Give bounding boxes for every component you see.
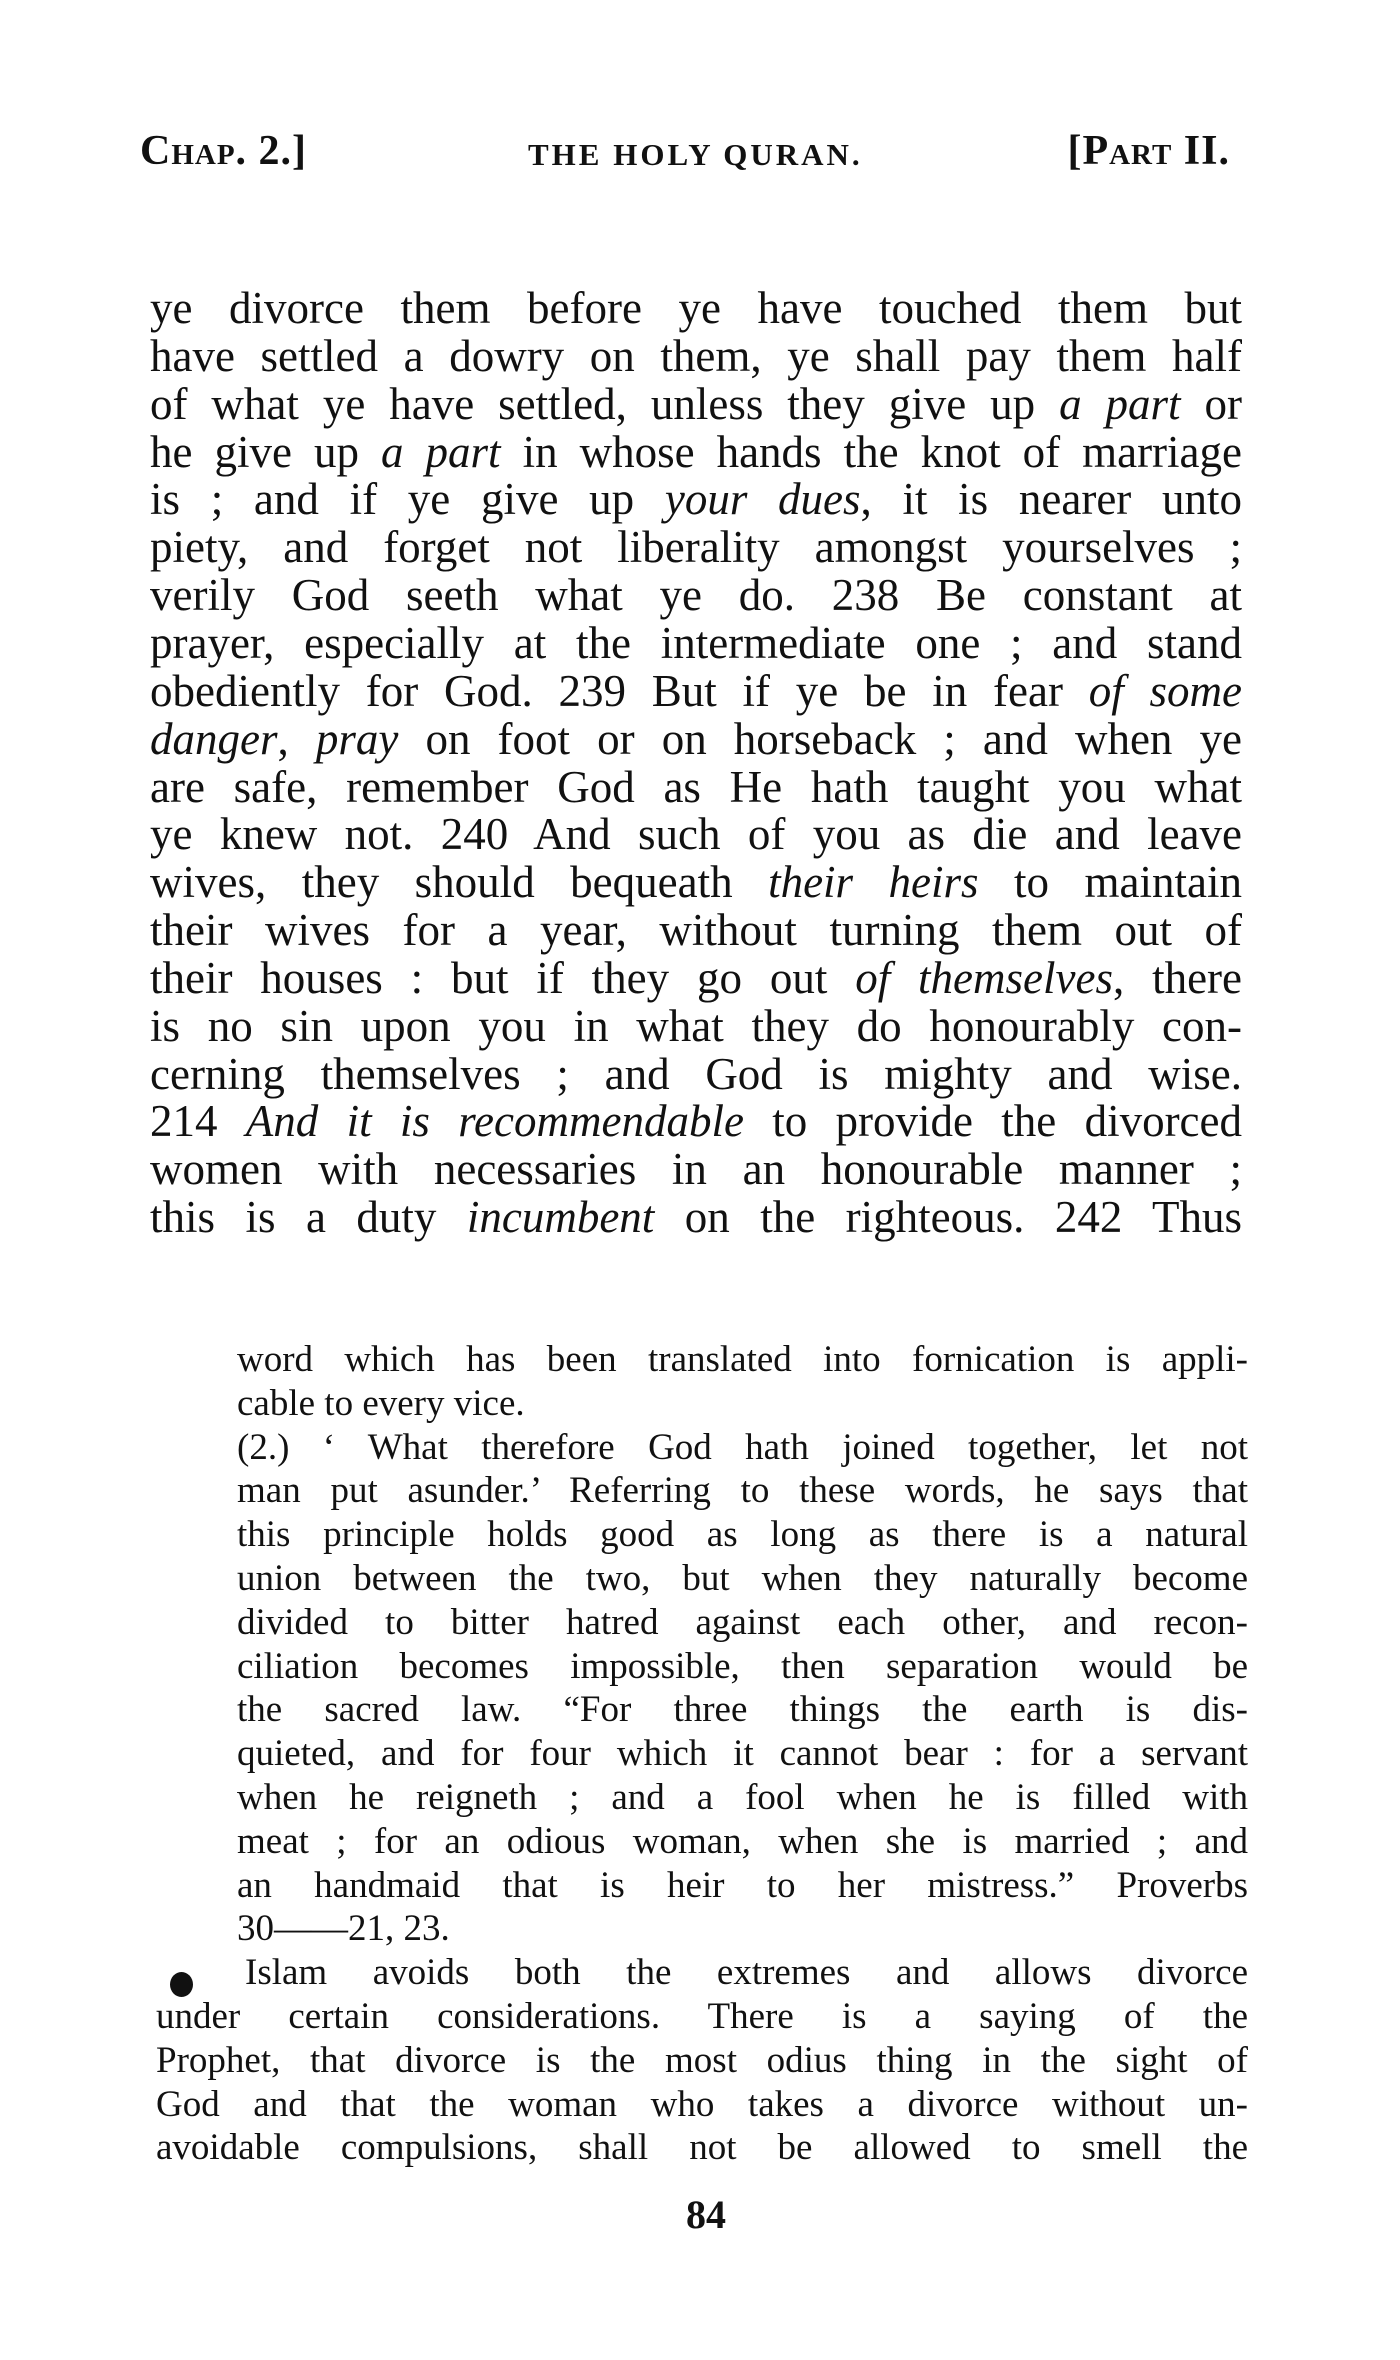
- text-segment: are safe, remember God as He hath taught…: [150, 762, 1242, 812]
- text-segment: is no sin upon you in what they do honou…: [150, 1001, 1242, 1051]
- text-segment: their houses : but if they go out: [150, 953, 855, 1003]
- footnote-line: when he reigneth ; and a fool when he is…: [237, 1776, 1248, 1820]
- page-number: 84: [600, 2192, 812, 2238]
- footnote-line: word which has been translated into forn…: [237, 1338, 1248, 1382]
- text-segment: to provide the divorced: [744, 1096, 1242, 1146]
- text-segment: of what ye have settled, unless they giv…: [150, 379, 1059, 429]
- text-segment: in whose hands the knot of marriage: [501, 427, 1242, 477]
- footnote-line: meat ; for an odious woman, when she is …: [237, 1820, 1248, 1864]
- text-segment: women with necessaries in an honourable …: [150, 1144, 1242, 1194]
- text-segment: have settled a dowry on them, ye shall p…: [150, 331, 1242, 381]
- text-segment: ,: [278, 714, 316, 764]
- footnote-line: Islam avoids both the extremes and allow…: [245, 1951, 1248, 1995]
- footnote-line: (2.) ‘ What therefore God hath joined to…: [237, 1426, 1248, 1470]
- bullet-mark-icon: [170, 1972, 193, 1997]
- footnote-line: an handmaid that is heir to her mistress…: [237, 1864, 1248, 1908]
- body-text-line: he give up a part in whose hands the kno…: [150, 428, 1242, 476]
- book-title: THE HOLY QURAN.: [528, 132, 863, 178]
- text-segment: is ; and if ye give up: [150, 474, 665, 524]
- body-text-line: their wives for a year, without turning …: [150, 906, 1242, 954]
- text-segment: on the righteous. 242 Thus: [654, 1192, 1242, 1242]
- footnote-line: 30——21, 23.: [237, 1907, 1248, 1951]
- body-text-line: wives, they should bequeath their heirs …: [150, 858, 1242, 906]
- footnote-line: man put asunder.’ Referring to these wor…: [237, 1469, 1248, 1513]
- text-segment: he give up: [150, 427, 381, 477]
- body-text-line: of what ye have settled, unless they giv…: [150, 380, 1242, 428]
- body-text-line: 214 And it is recommendable to provide t…: [150, 1097, 1242, 1145]
- italic-text: of themselves: [855, 953, 1113, 1003]
- footnote-line: quieted, and for four which it cannot be…: [237, 1732, 1248, 1776]
- italic-text: incumbent: [467, 1192, 654, 1242]
- body-text-line: have settled a dowry on them, ye shall p…: [150, 332, 1242, 380]
- text-segment: verily God seeth what ye do. 238 Be cons…: [150, 570, 1242, 620]
- body-text-line: their houses : but if they go out of the…: [150, 954, 1242, 1002]
- body-text-line: prayer, especially at the intermediate o…: [150, 619, 1242, 667]
- text-segment: this is a duty: [150, 1192, 467, 1242]
- text-segment: wives, they should bequeath: [150, 857, 768, 907]
- footnote-line: ciliation becomes impossible, then separ…: [237, 1645, 1248, 1689]
- footnote-line: under certain considerations. There is a…: [156, 1995, 1248, 2039]
- text-segment: on foot or on horseback ; and when ye: [398, 714, 1242, 764]
- text-segment: to maintain: [979, 857, 1242, 907]
- footnote-line: union between the two, but when they nat…: [237, 1557, 1248, 1601]
- italic-text: your dues: [665, 474, 861, 524]
- body-text-line: is no sin upon you in what they do honou…: [150, 1002, 1242, 1050]
- text-segment: cerning themselves ; and God is mighty a…: [150, 1049, 1242, 1099]
- body-text-line: ye divorce them before ye have touched t…: [150, 284, 1242, 332]
- book-page: Chap. 2.] THE HOLY QURAN. [Part II. ye d…: [0, 0, 1400, 2360]
- running-header: Chap. 2.] THE HOLY QURAN. [Part II.: [140, 128, 1230, 174]
- body-text-line: are safe, remember God as He hath taught…: [150, 763, 1242, 811]
- body-text-line: piety, and forget not liberality amongst…: [150, 523, 1242, 571]
- italic-text: a part: [1059, 379, 1180, 429]
- text-segment: ye divorce them before ye have touched t…: [150, 283, 1242, 333]
- italic-text: of some: [1089, 666, 1242, 716]
- footnote-line: cable to every vice.: [237, 1382, 1248, 1426]
- body-text-line: ye knew not. 240 And such of you as die …: [150, 810, 1242, 858]
- italic-text: their heirs: [768, 857, 978, 907]
- footnote-line: divided to bitter hatred against each ot…: [237, 1601, 1248, 1645]
- body-text-line: women with necessaries in an honourable …: [150, 1145, 1242, 1193]
- text-segment: piety, and forget not liberality amongst…: [150, 522, 1242, 572]
- body-text-line: obediently for God. 239 But if ye be in …: [150, 667, 1242, 715]
- text-segment: , it is nearer unto: [861, 474, 1242, 524]
- part-label: [Part II.: [1067, 128, 1230, 174]
- italic-text: danger: [150, 714, 278, 764]
- text-segment: , there: [1113, 953, 1242, 1003]
- footnote-line: Prophet, that divorce is the most odius …: [156, 2039, 1248, 2083]
- body-text-line: danger, pray on foot or on horseback ; a…: [150, 715, 1242, 763]
- chapter-label: Chap. 2.]: [140, 128, 307, 174]
- body-text-line: is ; and if ye give up your dues, it is …: [150, 475, 1242, 523]
- body-text-line: cerning themselves ; and God is mighty a…: [150, 1050, 1242, 1098]
- italic-text: And it is recommendable: [246, 1096, 744, 1146]
- text-segment: or: [1181, 379, 1242, 429]
- text-segment: 214: [150, 1096, 246, 1146]
- text-segment: ye knew not. 240 And such of you as die …: [150, 809, 1242, 859]
- italic-text: a part: [381, 427, 501, 477]
- text-segment: prayer, especially at the intermediate o…: [150, 618, 1242, 668]
- footnote-line: God and that the woman who takes a divor…: [156, 2083, 1248, 2127]
- text-segment: obediently for God. 239 But if ye be in …: [150, 666, 1089, 716]
- footnote-line: the sacred law. “For three things the ea…: [237, 1688, 1248, 1732]
- italic-text: pray: [316, 714, 399, 764]
- body-text-line: this is a duty incumbent on the righteou…: [150, 1193, 1242, 1241]
- text-segment: their wives for a year, without turning …: [150, 905, 1242, 955]
- body-text-line: verily God seeth what ye do. 238 Be cons…: [150, 571, 1242, 619]
- footnote-line: avoidable compulsions, shall not be allo…: [156, 2126, 1248, 2170]
- footnote-line: this principle holds good as long as the…: [237, 1513, 1248, 1557]
